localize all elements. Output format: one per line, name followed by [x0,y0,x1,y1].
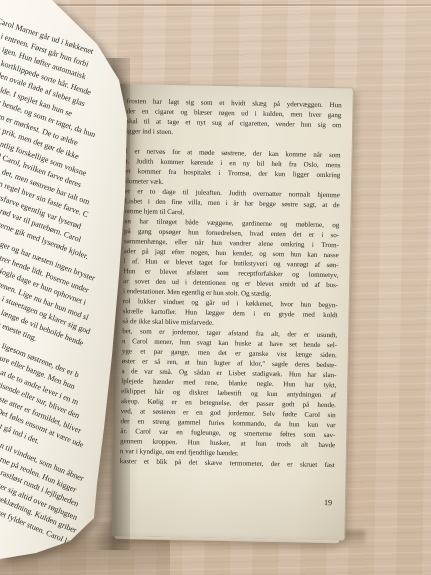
left-page-wrap: Carol Marner går ud i køkkenett i entree… [0,0,136,563]
page-number: 19 [324,498,332,507]
right-page-text: frosten har lagt sig som et hvidt skæg p… [120,96,342,470]
left-page: Carol Marner går ud i køkkenett i entree… [0,0,136,563]
right-page: frosten har lagt sig som et hvidt skæg p… [111,84,354,540]
book-photo: frosten har lagt sig som et hvidt skæg p… [0,0,431,575]
